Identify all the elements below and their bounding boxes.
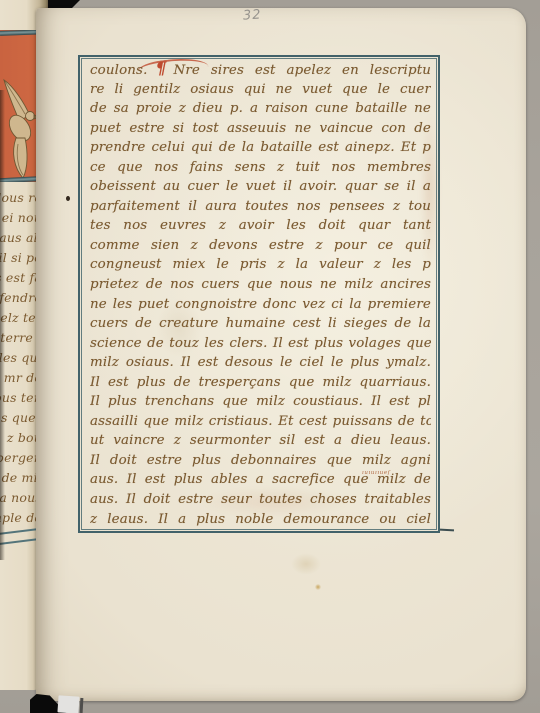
text-line: coulons.¶Nre sires est apelez en lescrip… <box>90 60 431 80</box>
manuscript-scan: lous re ei nou j. aus ali ueil si po ps … <box>0 0 540 713</box>
bookmark-edge <box>80 698 84 713</box>
folio-number-pencil: 32 <box>242 7 262 23</box>
text-line: ce que nos fains sens z tuit nos membres <box>90 158 431 178</box>
text-line: Il est plus de tresperçans que milz quar… <box>90 373 431 393</box>
paper-scrap <box>57 695 79 713</box>
text-line: tes nos euvres z avoir les doit quar tan… <box>90 216 431 236</box>
text-block: coulons.¶Nre sires est apelez en lescrip… <box>80 57 438 531</box>
text-line: obeissent au cuer le vuet il avoir. quar… <box>90 177 431 197</box>
text-line: congneust miex le pris z la valeur z les… <box>90 255 431 275</box>
catchword: coulons. <box>90 63 147 78</box>
text-line: prietez de nos cuers que nous ne milz an… <box>90 275 431 295</box>
ruling-tail-line <box>440 529 454 532</box>
text-line: parfaitement il aura toutes nos pensees … <box>90 197 431 217</box>
parchment-stain <box>291 553 321 575</box>
text-line: puet estre si tost asseuuis ne vaincue c… <box>90 119 431 139</box>
text-line: prendre celui qui de la bataille est ain… <box>90 138 431 158</box>
text-line: assailli que milz cristiaus. Et cest pui… <box>90 412 431 432</box>
manuscript-page: 32 coulons.¶Nre sires est apelez en lesc… <box>36 8 526 701</box>
text-line: aus. Il doit estre seur toutes choses tr… <box>90 490 431 510</box>
text-line: cuers de creature humaine cest li sieges… <box>90 314 431 334</box>
line-text: Nre sires est apelez en lescriptu <box>173 63 431 78</box>
text-line: milz osiaus. Il est desous le ciel le pl… <box>90 353 431 373</box>
text-line: re li gentilz osiaus qui ne vuet que le … <box>90 80 431 100</box>
text-line: ne les puet congnoistre donc vez ci la p… <box>90 295 431 315</box>
text-line: Il doit estre plus debonnaires que milz … <box>90 451 431 471</box>
ink-speck <box>66 196 70 201</box>
text-line: Il plus trenchans que milz coustiaus. Il… <box>90 392 431 412</box>
text-line: ut vaincre z seurmonter sil est a dieu l… <box>90 431 431 451</box>
text-line: z leaus. Il a plus noble demourance ou c… <box>90 510 431 530</box>
text-line: science de touz les clers. Il est plus v… <box>90 334 431 354</box>
interlinear-gloss: ıuıuııueſ <box>362 470 390 476</box>
binding-shadow <box>0 90 5 560</box>
paraph-mark: ¶ <box>155 60 166 79</box>
text-line: comme sien z devons estre z pour ce quil <box>90 236 431 256</box>
text-line: de sa proie z dieu p. a raison cune bata… <box>90 99 431 119</box>
ruled-text-frame: coulons.¶Nre sires est apelez en lescrip… <box>78 55 440 533</box>
parchment-stain <box>315 584 321 590</box>
